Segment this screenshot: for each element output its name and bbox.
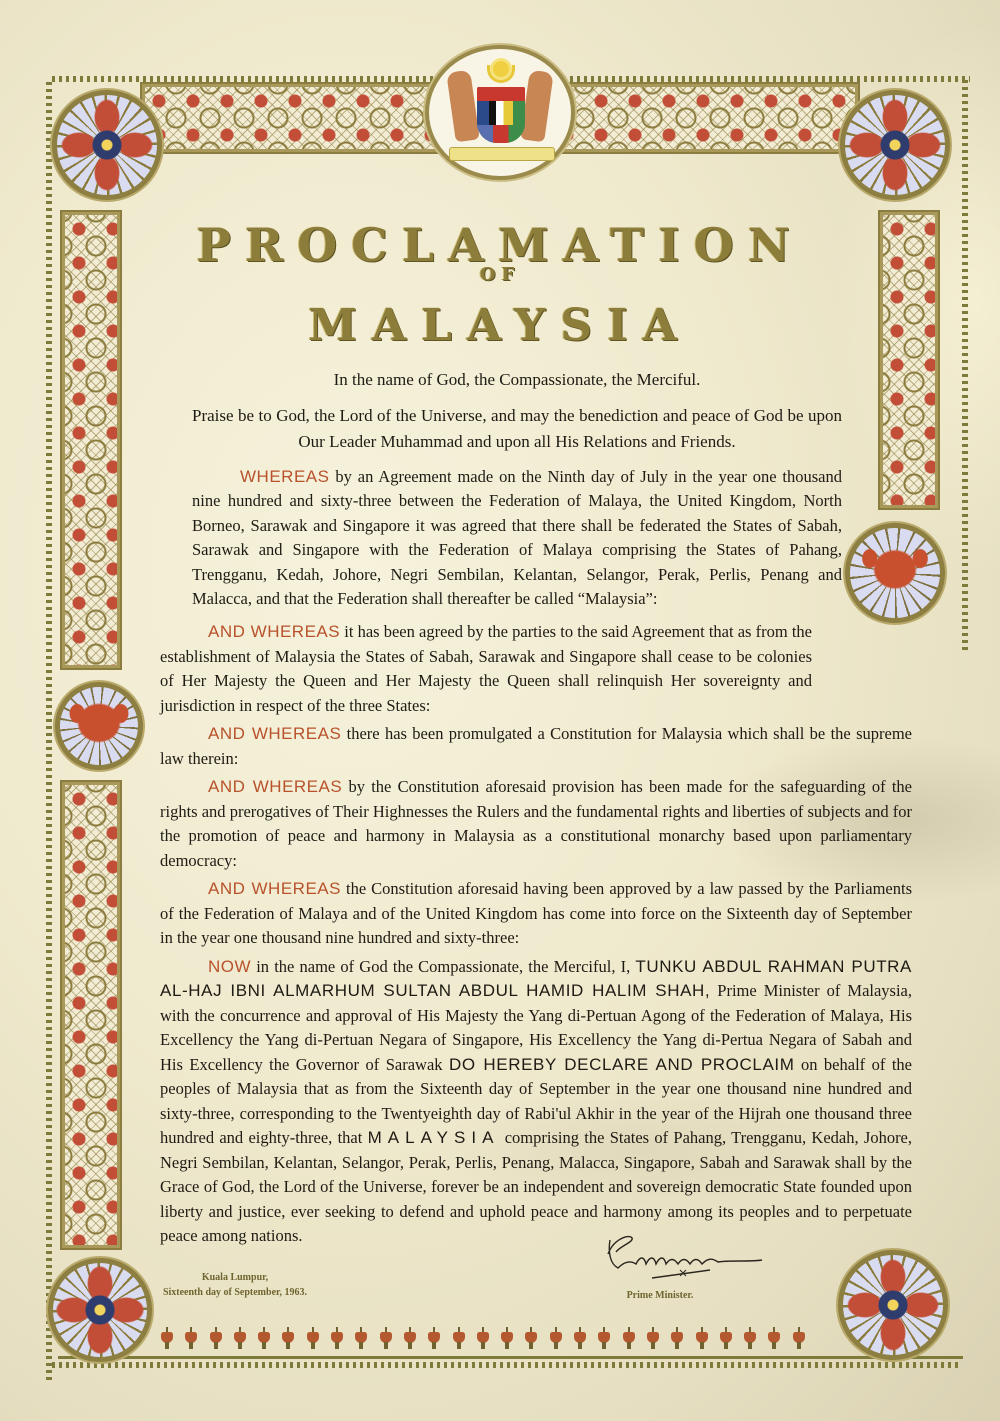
- whereas-heading: AND WHEREAS: [208, 879, 341, 898]
- urn-icon: [741, 1326, 759, 1348]
- urn-icon: [790, 1326, 808, 1348]
- coat-of-arms-crest: [425, 45, 575, 180]
- urn-icon: [620, 1326, 638, 1348]
- proclamation-paragraph: NOW in the name of God the Compassionate…: [160, 955, 912, 1249]
- urn-icon: [158, 1326, 176, 1348]
- place-and-date: Kuala Lumpur, Sixteenth day of September…: [150, 1272, 320, 1298]
- malaysia-name: MALAYSIA: [368, 1128, 500, 1147]
- praise-text: Praise be to God, the Lord of the Univer…: [192, 403, 842, 455]
- urn-icon: [377, 1326, 395, 1348]
- border-band-left-lower: [60, 780, 122, 1250]
- proclamation-body-upper: In the name of God, the Compassionate, t…: [192, 368, 842, 616]
- proclamation-text-1: in the name of God the Compassionate, th…: [256, 957, 630, 976]
- whereas-heading: WHEREAS: [240, 467, 329, 486]
- shield-icon: [477, 87, 525, 143]
- urn-icon: [668, 1326, 686, 1348]
- urn-icon: [279, 1326, 297, 1348]
- corner-medallion-bottom-left: [48, 1258, 152, 1362]
- urn-icon: [522, 1326, 540, 1348]
- urn-icon: [765, 1326, 783, 1348]
- urn-icon: [547, 1326, 565, 1348]
- whereas-heading: AND WHEREAS: [208, 777, 342, 796]
- date-text: Sixteenth day of September, 1963.: [150, 1287, 320, 1298]
- now-heading: NOW: [208, 957, 251, 976]
- urn-icon: [474, 1326, 492, 1348]
- corner-medallion-top-left: [52, 90, 162, 200]
- urn-icon: [595, 1326, 613, 1348]
- urn-icon: [693, 1326, 711, 1348]
- whereas-paragraph-3: AND WHEREAS there has been promulgated a…: [160, 722, 912, 771]
- urn-icon: [401, 1326, 419, 1348]
- corner-medallion-bottom-right: [838, 1250, 948, 1360]
- title-malaysia: MALAYSIA: [0, 300, 1000, 351]
- tiger-right-icon: [520, 70, 554, 143]
- border-rule-bottom: [58, 1356, 963, 1359]
- corner-medallion-top-right: [840, 90, 950, 200]
- urn-icon: [255, 1326, 273, 1348]
- star-icon: [493, 61, 509, 77]
- urn-ornament-row: [158, 1326, 808, 1348]
- urn-icon: [207, 1326, 225, 1348]
- paragraph-text: by an Agreement made on the Ninth day of…: [192, 467, 842, 609]
- title-of: OF: [0, 264, 1000, 285]
- urn-icon: [352, 1326, 370, 1348]
- place-text: Kuala Lumpur,: [150, 1272, 320, 1283]
- tiger-left-icon: [446, 70, 480, 143]
- urn-icon: [571, 1326, 589, 1348]
- whereas-heading: AND WHEREAS: [208, 724, 341, 743]
- whereas-paragraph-1: WHEREAS by an Agreement made on the Nint…: [192, 465, 842, 612]
- urn-icon: [450, 1326, 468, 1348]
- whereas-paragraph-4: AND WHEREAS by the Constitution aforesai…: [160, 775, 912, 873]
- signatory-title: Prime Minister.: [600, 1290, 720, 1301]
- signature: [600, 1232, 790, 1282]
- whereas-heading: AND WHEREAS: [208, 622, 340, 641]
- border-fringe-bottom: [52, 1362, 962, 1368]
- urn-icon: [231, 1326, 249, 1348]
- declare-proclaim: DO HEREBY DECLARE AND PROCLAIM: [449, 1055, 794, 1074]
- urn-icon: [644, 1326, 662, 1348]
- urn-icon: [498, 1326, 516, 1348]
- urn-icon: [425, 1326, 443, 1348]
- urn-icon: [328, 1326, 346, 1348]
- side-medallion-left: [55, 682, 143, 770]
- border-fringe-right: [962, 80, 968, 650]
- whereas-paragraph-5: AND WHEREAS the Constitution aforesaid h…: [160, 877, 912, 951]
- proclamation-body-lower: AND WHEREAS it has been agreed by the pa…: [160, 620, 912, 1253]
- urn-icon: [304, 1326, 322, 1348]
- invocation: In the name of God, the Compassionate, t…: [192, 368, 842, 393]
- side-medallion-right: [845, 523, 945, 623]
- urn-icon: [182, 1326, 200, 1348]
- motto-scroll: [449, 147, 555, 161]
- urn-icon: [717, 1326, 735, 1348]
- whereas-paragraph-2: AND WHEREAS it has been agreed by the pa…: [160, 620, 912, 718]
